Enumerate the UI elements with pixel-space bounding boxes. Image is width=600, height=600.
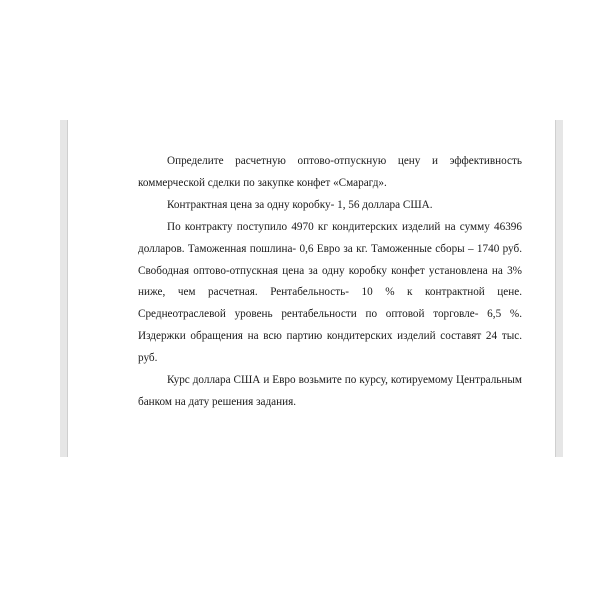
contract-details-paragraph: По контракту поступило 4970 кг кондитерс… — [138, 217, 522, 370]
right-page-margin — [555, 120, 563, 457]
document-body: Определите расчетную оптово-отпускную це… — [138, 151, 522, 414]
contract-price-paragraph: Контрактная цена за одну коробку- 1, 56 … — [138, 195, 522, 217]
left-page-margin — [60, 120, 68, 457]
task-paragraph: Определите расчетную оптово-отпускную це… — [138, 151, 522, 195]
document-view: Определите расчетную оптово-отпускную це… — [0, 0, 600, 600]
exchange-rate-paragraph: Курс доллара США и Евро возьмите по курс… — [138, 370, 522, 414]
